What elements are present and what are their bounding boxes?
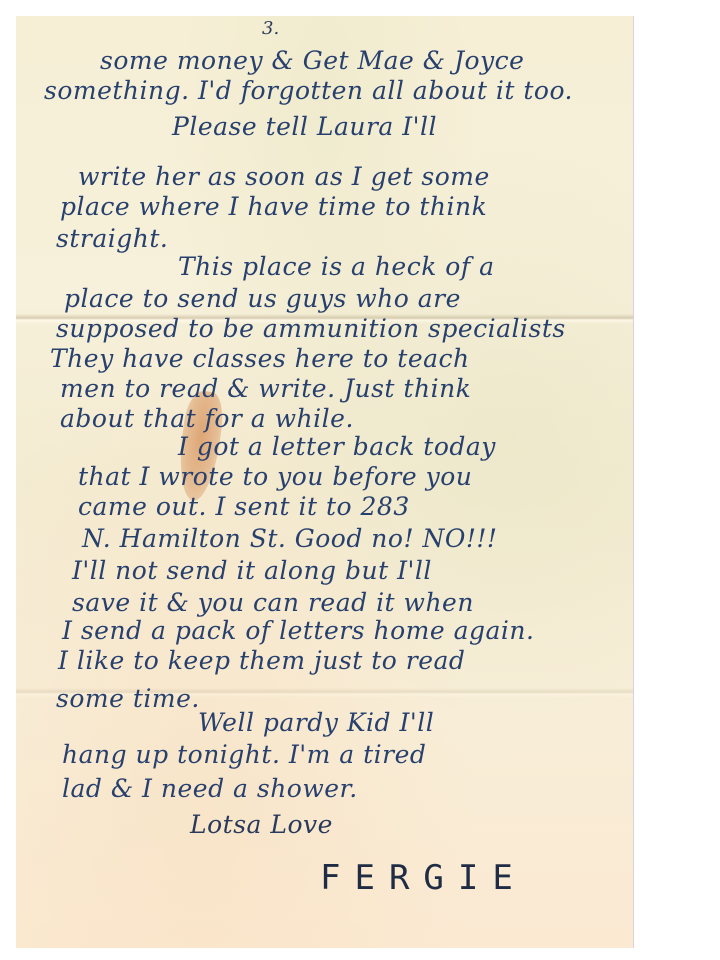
letter-line: hang up tonight. I'm a tired	[62, 740, 426, 769]
letter-line: supposed to be ammunition specialists	[56, 314, 566, 343]
letter-line: Please tell Laura I'll	[172, 112, 437, 141]
letter-signature: FERGIE	[320, 858, 527, 898]
letter-line: save it & you can read it when	[72, 588, 474, 617]
letter-line: some money & Get Mae & Joyce	[100, 46, 524, 75]
letter-closing: Lotsa Love	[190, 810, 333, 839]
letter-line: came out. I sent it to 283	[78, 492, 410, 521]
letter-line: I like to keep them just to read	[58, 646, 465, 675]
letter-line: men to read & write. Just think	[60, 374, 471, 403]
letter-line: write her as soon as I get some	[78, 162, 490, 191]
letter-line: lad & I need a shower.	[62, 774, 358, 803]
letter-line: place where I have time to think	[60, 192, 487, 221]
letter-line: Well pardy Kid I'll	[198, 708, 434, 737]
letter-line: This place is a heck of a	[178, 252, 494, 281]
letter-line: place to send us guys who are	[64, 284, 461, 313]
letter-line: I send a pack of letters home again.	[62, 616, 534, 645]
letter-line: that I wrote to you before you	[78, 462, 472, 491]
letter-line: N. Hamilton St. Good no! NO!!!	[82, 524, 497, 553]
letter-line: I got a letter back today	[178, 432, 496, 461]
letter-line: straight.	[56, 224, 168, 253]
letter-line: about that for a while.	[60, 404, 354, 433]
letter-line: They have classes here to teach	[50, 344, 470, 373]
page-number: 3.	[262, 18, 279, 39]
letter-line: some time.	[56, 684, 200, 713]
letter-line: something. I'd forgotten all about it to…	[44, 76, 573, 105]
letter-line: I'll not send it along but I'll	[72, 556, 432, 585]
